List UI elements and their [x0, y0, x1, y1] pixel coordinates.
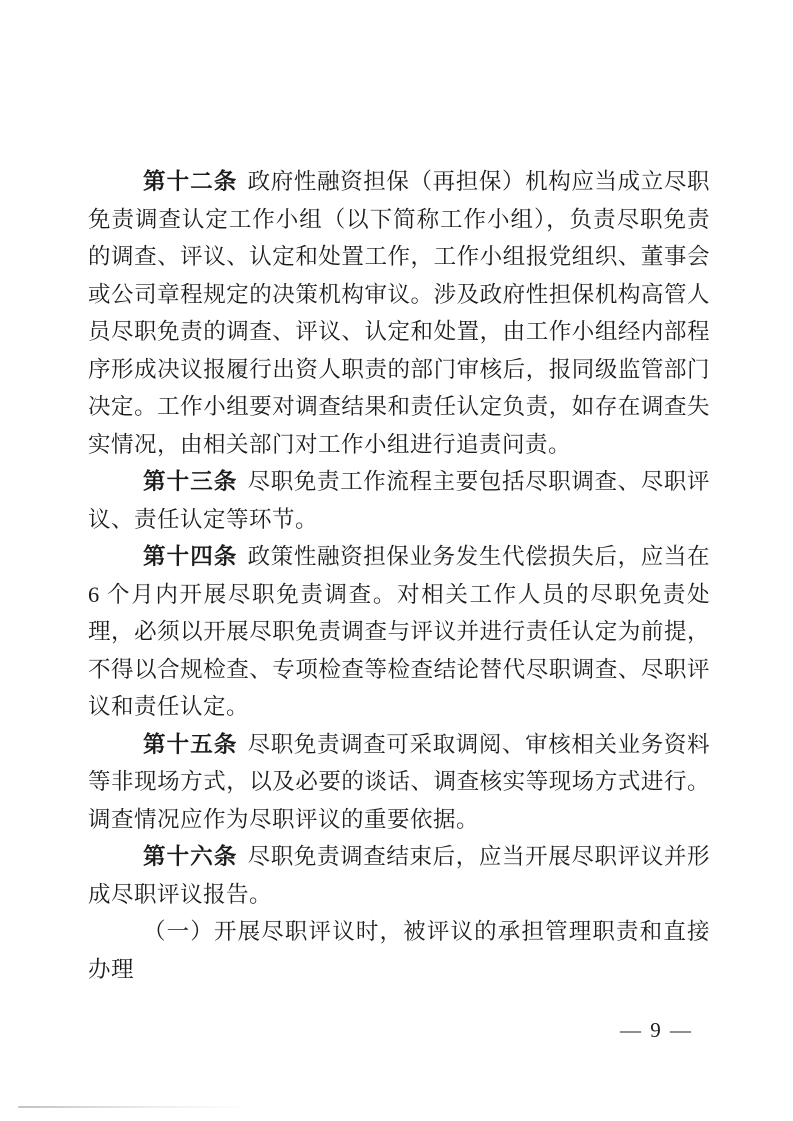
article-text: 政府性融资担保（再担保）机构应当成立尽职免责调查认定工作小组（以下简称工作小组）… — [88, 169, 710, 457]
page-number: — 9 — — [620, 1018, 693, 1043]
article-heading: 第十五条 — [143, 732, 238, 757]
article-heading: 第十六条 — [143, 844, 238, 869]
article-paragraph: 第十二条政府性融资担保（再担保）机构应当成立尽职免责调查认定工作小组（以下简称工… — [88, 163, 710, 463]
clause-paragraph: （一）开展尽职评议时，被评议的承担管理职责和直接办理 — [88, 913, 710, 988]
article-text: 政策性融资担保业务发生代偿损失后，应当在 6 个月内开展尽职免责调查。对相关工作… — [88, 544, 710, 719]
article-text: （一）开展尽职评议时，被评议的承担管理职责和直接办理 — [88, 919, 710, 982]
article-paragraph: 第十五条尽职免责调查可采取调阅、审核相关业务资料等非现场方式，以及必要的谈话、调… — [88, 726, 710, 839]
document-body: 第十二条政府性融资担保（再担保）机构应当成立尽职免责调查认定工作小组（以下简称工… — [88, 163, 710, 988]
document-page: 第十二条政府性融资担保（再担保）机构应当成立尽职免责调查认定工作小组（以下简称工… — [0, 0, 793, 1121]
article-paragraph: 第十四条政策性融资担保业务发生代偿损失后，应当在 6 个月内开展尽职免责调查。对… — [88, 538, 710, 726]
article-paragraph: 第十六条尽职免责调查结束后，应当开展尽职评议并形成尽职评议报告。 — [88, 838, 710, 913]
article-heading: 第十四条 — [143, 544, 238, 569]
article-heading: 第十三条 — [143, 469, 238, 494]
scan-artifact-line — [18, 1106, 250, 1108]
article-heading: 第十二条 — [143, 169, 238, 194]
article-paragraph: 第十三条尽职免责工作流程主要包括尽职调查、尽职评议、责任认定等环节。 — [88, 463, 710, 538]
